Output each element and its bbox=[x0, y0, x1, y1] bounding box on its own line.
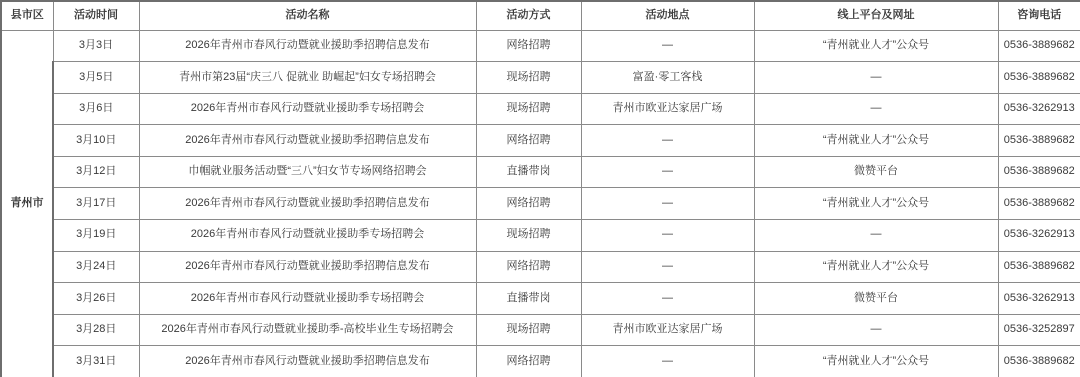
phone-cell: 0536-3252897 bbox=[998, 314, 1080, 346]
location-cell: 青州市欧亚达家居广场 bbox=[581, 93, 754, 125]
location-cell: — bbox=[581, 283, 754, 315]
location-cell: 富盈·零工客栈 bbox=[581, 62, 754, 94]
header-row: 县市区 活动时间 活动名称 活动方式 活动地点 线上平台及网址 咨询电话 bbox=[1, 1, 1080, 30]
platform-cell: 微赞平台 bbox=[754, 156, 998, 188]
activity-name-cell: 2026年青州市春风行动暨就业援助季-高校毕业生专场招聘会 bbox=[139, 314, 476, 346]
activity-name-cell: 巾帼就业服务活动暨“三八”妇女节专场网络招聘会 bbox=[139, 156, 476, 188]
activity-name-cell: 2026年青州市春风行动暨就业援助季招聘信息发布 bbox=[139, 125, 476, 157]
location-cell: 青州市欧亚达家居广场 bbox=[581, 314, 754, 346]
location-cell: — bbox=[581, 346, 754, 377]
platform-cell: “青州就业人才”公众号 bbox=[754, 188, 998, 220]
date-cell: 3月28日 bbox=[53, 314, 139, 346]
phone-cell: 0536-3262913 bbox=[998, 93, 1080, 125]
method-cell: 现场招聘 bbox=[476, 93, 581, 125]
method-cell: 网络招聘 bbox=[476, 125, 581, 157]
platform-cell: — bbox=[754, 220, 998, 252]
region-cell: 青州市 bbox=[1, 30, 53, 377]
table-row: 3月31日2026年青州市春风行动暨就业援助季招聘信息发布网络招聘—“青州就业人… bbox=[1, 346, 1080, 377]
platform-cell: — bbox=[754, 314, 998, 346]
date-cell: 3月12日 bbox=[53, 156, 139, 188]
activity-name-cell: 2026年青州市春风行动暨就业援助季招聘信息发布 bbox=[139, 30, 476, 62]
location-cell: — bbox=[581, 188, 754, 220]
platform-cell: 微赞平台 bbox=[754, 283, 998, 315]
date-cell: 3月24日 bbox=[53, 251, 139, 283]
method-cell: 网络招聘 bbox=[476, 251, 581, 283]
header-region: 县市区 bbox=[1, 1, 53, 30]
phone-cell: 0536-3262913 bbox=[998, 220, 1080, 252]
phone-cell: 0536-3262913 bbox=[998, 283, 1080, 315]
platform-cell: “青州就业人才”公众号 bbox=[754, 346, 998, 377]
method-cell: 现场招聘 bbox=[476, 314, 581, 346]
activity-name-cell: 2026年青州市春风行动暨就业援助季专场招聘会 bbox=[139, 93, 476, 125]
date-cell: 3月3日 bbox=[53, 30, 139, 62]
platform-cell: “青州就业人才”公众号 bbox=[754, 30, 998, 62]
method-cell: 直播带岗 bbox=[476, 283, 581, 315]
activity-name-cell: 青州市第23届“庆三八 促就业 助崛起”妇女专场招聘会 bbox=[139, 62, 476, 94]
activity-name-cell: 2026年青州市春风行动暨就业援助季专场招聘会 bbox=[139, 283, 476, 315]
date-cell: 3月10日 bbox=[53, 125, 139, 157]
date-cell: 3月19日 bbox=[53, 220, 139, 252]
method-cell: 直播带岗 bbox=[476, 156, 581, 188]
activity-schedule-table-wrap: 县市区 活动时间 活动名称 活动方式 活动地点 线上平台及网址 咨询电话 青州市… bbox=[0, 0, 1080, 377]
activity-name-cell: 2026年青州市春风行动暨就业援助季招聘信息发布 bbox=[139, 188, 476, 220]
table-row: 青州市3月3日2026年青州市春风行动暨就业援助季招聘信息发布网络招聘—“青州就… bbox=[1, 30, 1080, 62]
date-cell: 3月6日 bbox=[53, 93, 139, 125]
table-body: 青州市3月3日2026年青州市春风行动暨就业援助季招聘信息发布网络招聘—“青州就… bbox=[1, 30, 1080, 377]
phone-cell: 0536-3889682 bbox=[998, 125, 1080, 157]
date-cell: 3月5日 bbox=[53, 62, 139, 94]
activity-name-cell: 2026年青州市春风行动暨就业援助季招聘信息发布 bbox=[139, 251, 476, 283]
phone-cell: 0536-3889682 bbox=[998, 30, 1080, 62]
activity-schedule-table: 县市区 活动时间 活动名称 活动方式 活动地点 线上平台及网址 咨询电话 青州市… bbox=[0, 0, 1080, 377]
platform-cell: — bbox=[754, 93, 998, 125]
method-cell: 现场招聘 bbox=[476, 220, 581, 252]
phone-cell: 0536-3889682 bbox=[998, 346, 1080, 377]
header-method: 活动方式 bbox=[476, 1, 581, 30]
header-platform: 线上平台及网址 bbox=[754, 1, 998, 30]
header-name: 活动名称 bbox=[139, 1, 476, 30]
phone-cell: 0536-3889682 bbox=[998, 62, 1080, 94]
table-row: 3月28日2026年青州市春风行动暨就业援助季-高校毕业生专场招聘会现场招聘青州… bbox=[1, 314, 1080, 346]
date-cell: 3月31日 bbox=[53, 346, 139, 377]
location-cell: — bbox=[581, 156, 754, 188]
method-cell: 网络招聘 bbox=[476, 346, 581, 377]
table-row: 3月17日2026年青州市春风行动暨就业援助季招聘信息发布网络招聘—“青州就业人… bbox=[1, 188, 1080, 220]
phone-cell: 0536-3889682 bbox=[998, 251, 1080, 283]
method-cell: 网络招聘 bbox=[476, 30, 581, 62]
table-row: 3月26日2026年青州市春风行动暨就业援助季专场招聘会直播带岗—微赞平台053… bbox=[1, 283, 1080, 315]
method-cell: 现场招聘 bbox=[476, 62, 581, 94]
phone-cell: 0536-3889682 bbox=[998, 156, 1080, 188]
location-cell: — bbox=[581, 125, 754, 157]
phone-cell: 0536-3889682 bbox=[998, 188, 1080, 220]
table-row: 3月12日巾帼就业服务活动暨“三八”妇女节专场网络招聘会直播带岗—微赞平台053… bbox=[1, 156, 1080, 188]
activity-name-cell: 2026年青州市春风行动暨就业援助季专场招聘会 bbox=[139, 220, 476, 252]
table-row: 3月5日青州市第23届“庆三八 促就业 助崛起”妇女专场招聘会现场招聘富盈·零工… bbox=[1, 62, 1080, 94]
header-location: 活动地点 bbox=[581, 1, 754, 30]
platform-cell: — bbox=[754, 62, 998, 94]
location-cell: — bbox=[581, 251, 754, 283]
table-row: 3月19日2026年青州市春风行动暨就业援助季专场招聘会现场招聘——0536-3… bbox=[1, 220, 1080, 252]
header-date: 活动时间 bbox=[53, 1, 139, 30]
date-cell: 3月17日 bbox=[53, 188, 139, 220]
platform-cell: “青州就业人才”公众号 bbox=[754, 251, 998, 283]
date-cell: 3月26日 bbox=[53, 283, 139, 315]
location-cell: — bbox=[581, 220, 754, 252]
header-phone: 咨询电话 bbox=[998, 1, 1080, 30]
platform-cell: “青州就业人才”公众号 bbox=[754, 125, 998, 157]
table-row: 3月24日2026年青州市春风行动暨就业援助季招聘信息发布网络招聘—“青州就业人… bbox=[1, 251, 1080, 283]
activity-name-cell: 2026年青州市春风行动暨就业援助季招聘信息发布 bbox=[139, 346, 476, 377]
location-cell: — bbox=[581, 30, 754, 62]
table-row: 3月10日2026年青州市春风行动暨就业援助季招聘信息发布网络招聘—“青州就业人… bbox=[1, 125, 1080, 157]
method-cell: 网络招聘 bbox=[476, 188, 581, 220]
table-row: 3月6日2026年青州市春风行动暨就业援助季专场招聘会现场招聘青州市欧亚达家居广… bbox=[1, 93, 1080, 125]
